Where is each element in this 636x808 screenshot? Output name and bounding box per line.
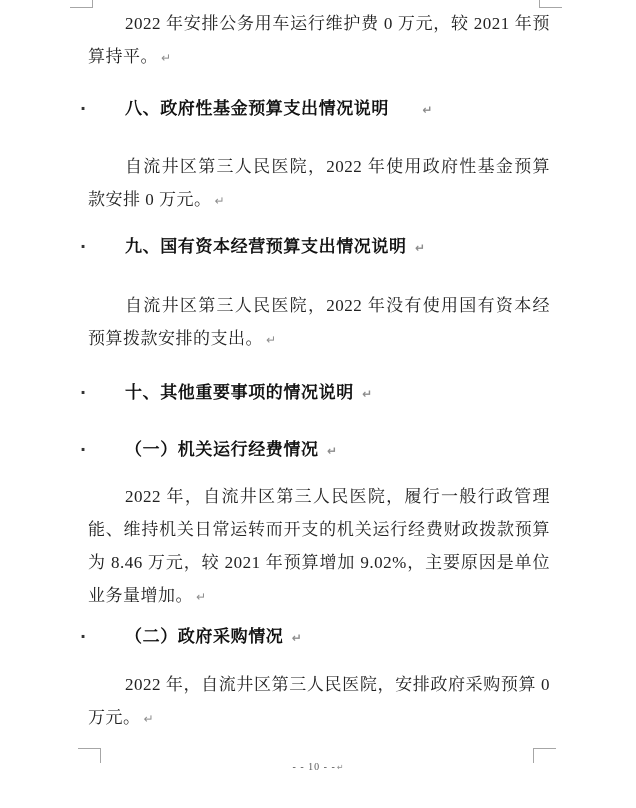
- paragraph-line: 能、维持机关日常运转而开支的机关运行经费财政拨款预算: [88, 513, 550, 546]
- paragraph-mark-icon: ↵: [362, 387, 372, 401]
- subsection-heading-1: · （一）机关运行经费情况 ↵: [88, 433, 550, 466]
- paragraph-line: 2022 年，自流井区第三人民医院，履行一般行政管理职: [88, 480, 550, 513]
- section-heading-9: · 九、国有资本经营预算支出情况说明 ↵: [88, 230, 550, 263]
- paragraph-vehicle-maintenance: 2022 年安排公务用车运行维护费 0 万元，较 2021 年预 算持平。↵: [88, 7, 550, 73]
- margin-bullet-icon: ·: [80, 376, 88, 409]
- paragraph-mark-icon: ↵: [215, 194, 225, 208]
- text-run: 款安排 0 万元。: [88, 190, 212, 209]
- paragraph-line: 款安排 0 万元。↵: [88, 183, 550, 216]
- margin-bullet-icon: ·: [80, 433, 88, 466]
- margin-bullet-icon: ·: [80, 620, 88, 653]
- paragraph-operating-expenses: 2022 年，自流井区第三人民医院，履行一般行政管理职 能、维持机关日常运转而开…: [88, 480, 550, 612]
- paragraph-mark-icon: ↵: [161, 51, 171, 65]
- section-heading-8: · 八、政府性基金预算支出情况说明 ↵: [88, 92, 550, 125]
- margin-crop-mark-bottom-right-icon: [533, 748, 556, 763]
- text-run: 能、维持机关日常运转而开支的机关运行经费财政拨款预算: [88, 520, 550, 539]
- paragraph-line: 预算拨款安排的支出。↵: [88, 322, 550, 355]
- paragraph-mark-icon: ↵: [422, 103, 432, 117]
- heading-text: 十、其他重要事项的情况说明: [125, 383, 354, 402]
- text-run: 为 8.46 万元，较 2021 年预算增加 9.02%，主要原因是单位: [88, 553, 550, 572]
- paragraph-mark-icon: ↵: [327, 444, 337, 458]
- margin-bullet-icon: ·: [80, 92, 88, 125]
- paragraph-line: 万元。↵: [88, 701, 550, 734]
- paragraph-government-fund: 自流井区第三人民医院，2022 年使用政府性基金预算拨 款安排 0 万元。↵: [88, 150, 550, 216]
- paragraph-line: 算持平。↵: [88, 40, 550, 73]
- paragraph-line: 自流井区第三人民医院，2022 年使用政府性基金预算拨: [88, 150, 550, 183]
- heading-text: 八、政府性基金预算支出情况说明: [125, 99, 389, 118]
- heading-text: 九、国有资本经营预算支出情况说明: [125, 237, 407, 256]
- paragraph-mark-icon: ↵: [144, 712, 154, 726]
- text-run: 业务量增加。: [88, 586, 193, 605]
- paragraph-procurement: 2022 年，自流井区第三人民医院，安排政府采购预算 0 万元。↵: [88, 668, 550, 734]
- page-footer: - - 10 - -↵: [0, 762, 636, 773]
- text-run: 自流井区第三人民医院，2022 年没有使用国有资本经营: [88, 296, 550, 322]
- margin-crop-mark-bottom-left-icon: [78, 748, 101, 763]
- paragraph-line: 为 8.46 万元，较 2021 年预算增加 9.02%，主要原因是单位: [88, 546, 550, 579]
- paragraph-state-capital: 自流井区第三人民医院，2022 年没有使用国有资本经营 预算拨款安排的支出。↵: [88, 289, 550, 355]
- subsection-heading-2: · （二）政府采购情况 ↵: [88, 620, 550, 653]
- text-run: 算持平。: [88, 47, 158, 66]
- paragraph-line: 2022 年安排公务用车运行维护费 0 万元，较 2021 年预: [88, 7, 550, 40]
- paragraph-line: 2022 年，自流井区第三人民医院，安排政府采购预算 0: [88, 668, 550, 701]
- paragraph-mark-icon: ↵: [266, 333, 276, 347]
- text-run: 预算拨款安排的支出。: [88, 329, 263, 348]
- page-number: - - 10 - -: [292, 762, 335, 773]
- text-run: 2022 年安排公务用车运行维护费 0 万元，较 2021 年预: [125, 14, 550, 33]
- heading-text: （一）机关运行经费情况: [125, 440, 319, 459]
- paragraph-line: 业务量增加。↵: [88, 579, 550, 612]
- text-run: 2022 年，自流井区第三人民医院，安排政府采购预算 0: [125, 675, 550, 694]
- heading-text: （二）政府采购情况: [125, 627, 283, 646]
- margin-bullet-icon: ·: [80, 230, 88, 263]
- text-run: 2022 年，自流井区第三人民医院，履行一般行政管理职: [88, 487, 550, 513]
- paragraph-mark-icon: ↵: [196, 590, 206, 604]
- text-run: 万元。: [88, 708, 141, 727]
- paragraph-mark-icon: ↵: [337, 763, 344, 772]
- paragraph-mark-icon: ↵: [415, 241, 425, 255]
- section-heading-10: · 十、其他重要事项的情况说明 ↵: [88, 376, 550, 409]
- paragraph-mark-icon: ↵: [292, 631, 302, 645]
- text-run: 自流井区第三人民医院，2022 年使用政府性基金预算拨: [88, 157, 550, 183]
- document-page: 2022 年安排公务用车运行维护费 0 万元，较 2021 年预 算持平。↵ ·…: [0, 0, 636, 808]
- paragraph-line: 自流井区第三人民医院，2022 年没有使用国有资本经营: [88, 289, 550, 322]
